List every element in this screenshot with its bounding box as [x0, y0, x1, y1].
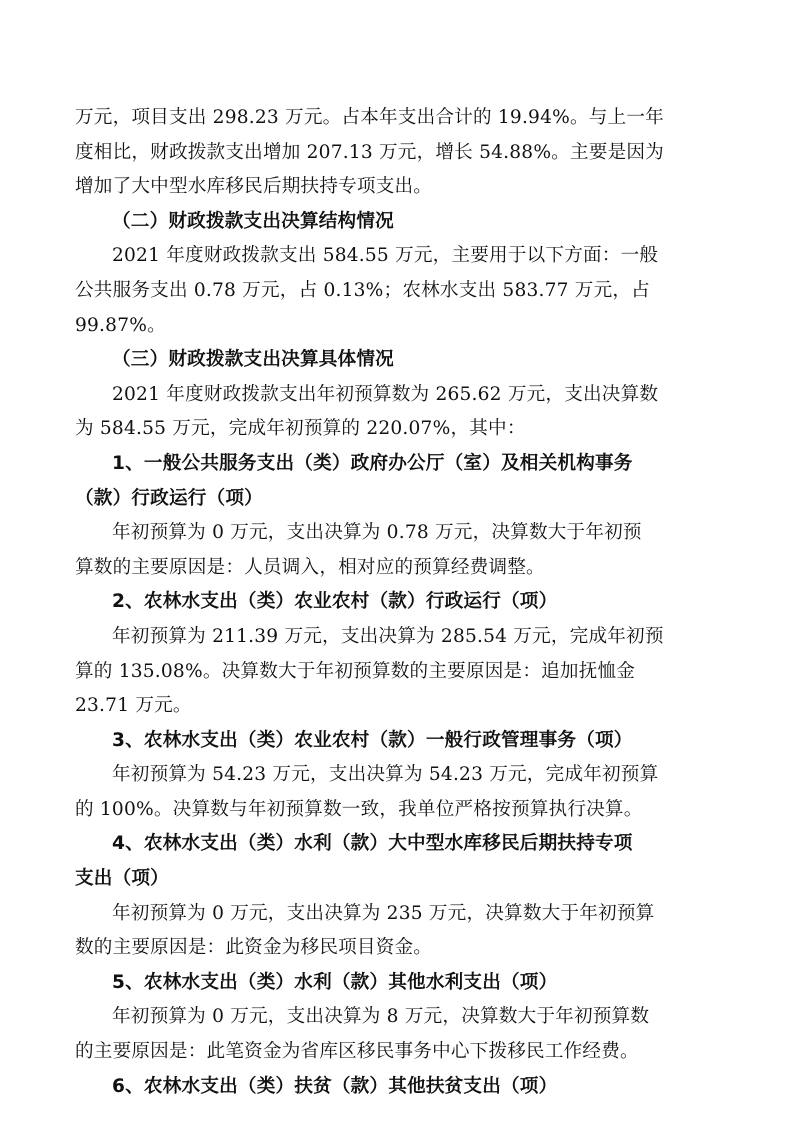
item-heading-3: 3、农林水支出（类）农业农村（款）一般行政管理事务（项） — [75, 724, 720, 759]
paragraph-line: 年初预算为 0 万元，支出决算为 235 万元，决算数大于年初预算 — [75, 897, 720, 932]
paragraph-line: 数的主要原因是：此资金为移民项目资金。 — [75, 931, 720, 966]
paragraph-line: 2021 年度财政拨款支出 584.55 万元，主要用于以下方面：一般 — [75, 239, 720, 274]
item-heading-4: 4、农林水支出（类）水利（款）大中型水库移民后期扶持专项 — [75, 827, 720, 862]
paragraph-line: 算的 135.08%。决算数大于年初预算数的主要原因是：追加抚恤金 — [75, 655, 720, 690]
item-heading-2: 2、农林水支出（类）农业农村（款）行政运行（项） — [75, 585, 720, 620]
document-page: 万元，项目支出 298.23 万元。占本年支出合计的 19.94%。与上一年 度… — [75, 101, 720, 1104]
section-heading-3: （三）财政拨款支出决算具体情况 — [75, 343, 720, 378]
paragraph-line: 算数的主要原因是：人员调入，相对应的预算经费调整。 — [75, 551, 720, 586]
item-heading-1: 1、一般公共服务支出（类）政府办公厅（室）及相关机构事务 — [75, 447, 720, 482]
paragraph-line: 年初预算为 54.23 万元，支出决算为 54.23 万元，完成年初预算 — [75, 758, 720, 793]
item-heading-6: 6、农林水支出（类）扶贫（款）其他扶贫支出（项） — [75, 1070, 720, 1105]
paragraph-line: 度相比，财政拨款支出增加 207.13 万元，增长 54.88%。主要是因为 — [75, 136, 720, 171]
paragraph-line: 万元，项目支出 298.23 万元。占本年支出合计的 19.94%。与上一年 — [75, 101, 720, 136]
item-heading-1-cont: （款）行政运行（项） — [75, 482, 720, 517]
paragraph-line: 2021 年度财政拨款支出年初预算数为 265.62 万元，支出决算数 — [75, 378, 720, 413]
section-heading-2: （二）财政拨款支出决算结构情况 — [75, 205, 720, 240]
paragraph-line: 年初预算为 0 万元，支出决算为 0.78 万元，决算数大于年初预 — [75, 516, 720, 551]
item-heading-4-cont: 支出（项） — [75, 862, 720, 897]
paragraph-line: 23.71 万元。 — [75, 689, 720, 724]
paragraph-line: 年初预算为 0 万元，支出决算为 8 万元，决算数大于年初预算数 — [75, 1000, 720, 1035]
paragraph-line: 的主要原因是：此笔资金为省库区移民事务中心下拨移民工作经费。 — [75, 1035, 720, 1070]
paragraph-line: 年初预算为 211.39 万元，支出决算为 285.54 万元，完成年初预 — [75, 620, 720, 655]
item-heading-5: 5、农林水支出（类）水利（款）其他水利支出（项） — [75, 966, 720, 1001]
paragraph-line: 公共服务支出 0.78 万元，占 0.13%；农林水支出 583.77 万元，占 — [75, 274, 720, 309]
paragraph-line: 增加了大中型水库移民后期扶持专项支出。 — [75, 170, 720, 205]
paragraph-line: 的 100%。决算数与年初预算数一致，我单位严格按预算执行决算。 — [75, 793, 720, 828]
paragraph-line: 为 584.55 万元，完成年初预算的 220.07%，其中： — [75, 412, 720, 447]
paragraph-line: 99.87%。 — [75, 309, 720, 344]
